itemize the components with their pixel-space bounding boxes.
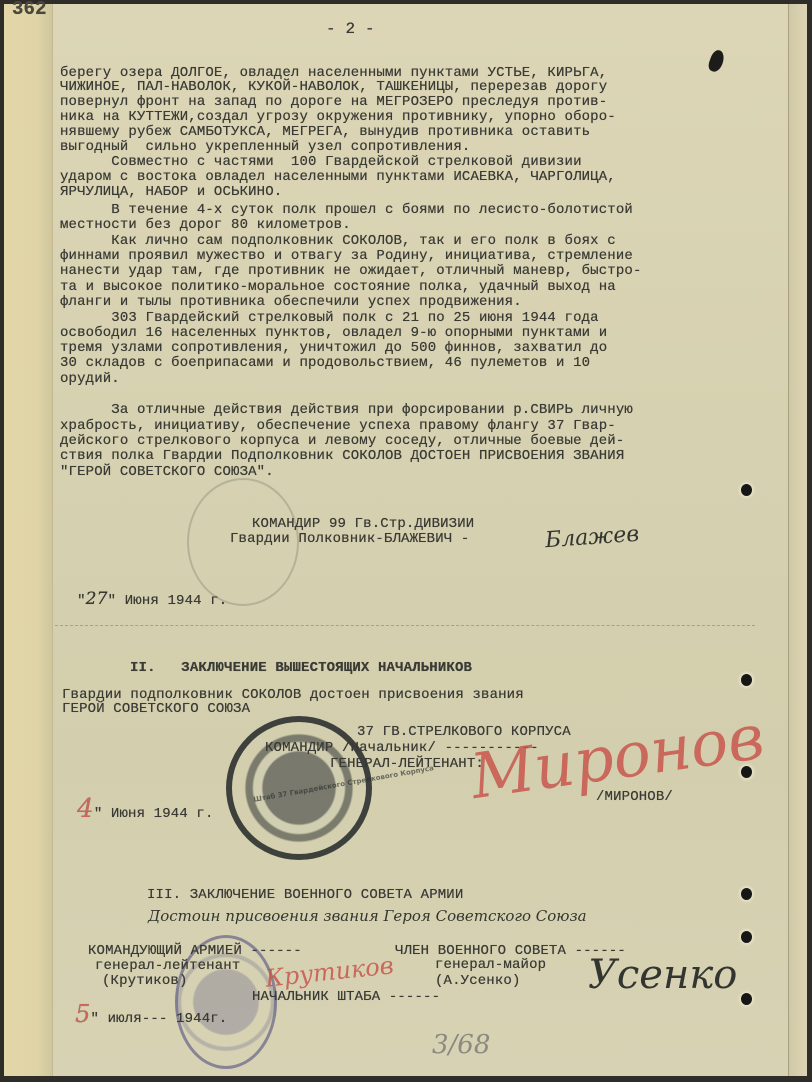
body-line: 303 Гвардейский стрелковый полк с 21 по …	[60, 311, 599, 326]
body-line: храбрость, инициативу, обеспечение успех…	[60, 419, 616, 434]
date-rest: " Июня 1944 г.	[94, 806, 214, 822]
punch-hole	[741, 888, 752, 900]
body-line: За отличные действия действия при форсир…	[60, 403, 633, 418]
body-line: нявшему рубеж САМБОТУКСА, МЕГРЕГА, вынуд…	[60, 125, 590, 140]
body-line: Как лично сам подполковник СОКОЛОВ, так …	[60, 234, 616, 249]
body-line: повернул фронт на запад по дороге на МЕГ…	[60, 95, 607, 110]
punch-hole	[741, 931, 752, 943]
date-line: 4" Июня 1944 г.	[60, 787, 214, 821]
body-line: орудий.	[60, 372, 120, 387]
section-3-heading: III. ЗАКЛЮЧЕНИЕ ВОЕННОГО СОВЕТА АРМИИ	[147, 888, 463, 903]
body-line: та и высокое политико-моральное состояни…	[60, 280, 616, 295]
body-line: нанести удар там, где противник не ожида…	[60, 264, 642, 279]
body-line: местности без дорог 80 километров.	[60, 218, 351, 233]
punch-hole	[741, 674, 752, 686]
left-binding-margin	[4, 4, 53, 1076]
folio-number: 3/68	[432, 1030, 490, 1060]
handwritten-signature-right: Усенко	[588, 952, 737, 998]
commander-title: КОМАНДИР 99 Гв.Стр.ДИВИЗИИ	[252, 517, 474, 532]
date-line: 5" июля--- 1944г.	[58, 992, 227, 1026]
page-number: - 2 -	[326, 22, 375, 37]
date-day: 4	[77, 794, 94, 824]
body-line: ЯРЧУЛИЦА, НАБОР и ОСЬКИНО.	[60, 185, 282, 200]
army-commander-rank: генерал-лейтенант	[95, 959, 240, 974]
body-line: освободил 16 населенных пунктов, овладел…	[60, 326, 607, 341]
section-2-line2: ГЕРОЙ СОВЕТСКОГО СОЮЗА	[62, 702, 250, 717]
punch-hole	[741, 993, 752, 1005]
body-line: 30 складов с боеприпасами и продовольств…	[60, 356, 590, 371]
army-commander-title: КОМАНДУЮЩИЙ АРМИЕЙ ------	[88, 944, 302, 959]
section-divider	[55, 625, 755, 626]
punch-hole	[741, 484, 752, 496]
council-member-rank: генерал-майор	[435, 958, 546, 973]
council-member-name: (А.Усенко)	[435, 974, 521, 989]
date-rest: " июля--- 1944г.	[91, 1011, 228, 1027]
right-page-fold	[788, 4, 807, 1076]
date-day: 27	[86, 589, 108, 609]
body-line: Совместно с частями 100 Гвардейской стре…	[60, 155, 582, 170]
handwritten-conclusion: Достоин присвоения звания Героя Советско…	[148, 907, 587, 925]
body-line: ствия полка Гвардии Подполковник СОКОЛОВ…	[60, 449, 624, 464]
body-line: ЧИЖИНОЕ, ПАЛ-НАВОЛОК, КУКОЙ-НАВОЛОК, ТАШ…	[60, 80, 607, 95]
section-2-heading: II. ЗАКЛЮЧЕНИЕ ВЫШЕСТОЯЩИХ НАЧАЛЬНИКОВ	[130, 661, 472, 676]
body-line: ника на КУТТЕЖИ,создал угрозу окружения …	[60, 110, 616, 125]
body-line: выгодный сильно укрепленный узел сопроти…	[60, 140, 470, 155]
body-line: ударом с востока овладел населенными пун…	[60, 170, 616, 185]
army-commander-name: (Крутиков)	[102, 974, 188, 989]
chief-of-staff: НАЧАЛЬНИК ШТАБА ------	[252, 990, 440, 1005]
commander-name: Гвардии Полковник-БЛАЖЕВИЧ -	[230, 532, 469, 547]
archive-number: 362	[12, 2, 47, 17]
body-line: тремя узлами сопротивления, уничтожил до…	[60, 341, 607, 356]
date-day: 5	[75, 1000, 90, 1028]
body-line: дейского стрелкового корпуса и левому со…	[60, 434, 624, 449]
body-line: финнами проявил мужество и отвагу за Род…	[60, 249, 633, 264]
body-line: фланги и тылы противника обеспечили успе…	[60, 295, 522, 310]
corps-rank: ГЕНЕРАЛ-ЛЕЙТЕНАНТ:	[330, 757, 484, 772]
body-line: В течение 4-х суток полк прошел с боями …	[60, 203, 633, 218]
date-line: "27" Июня 1944 г.	[60, 577, 227, 608]
date-rest: " Июня 1944 г.	[108, 593, 228, 609]
